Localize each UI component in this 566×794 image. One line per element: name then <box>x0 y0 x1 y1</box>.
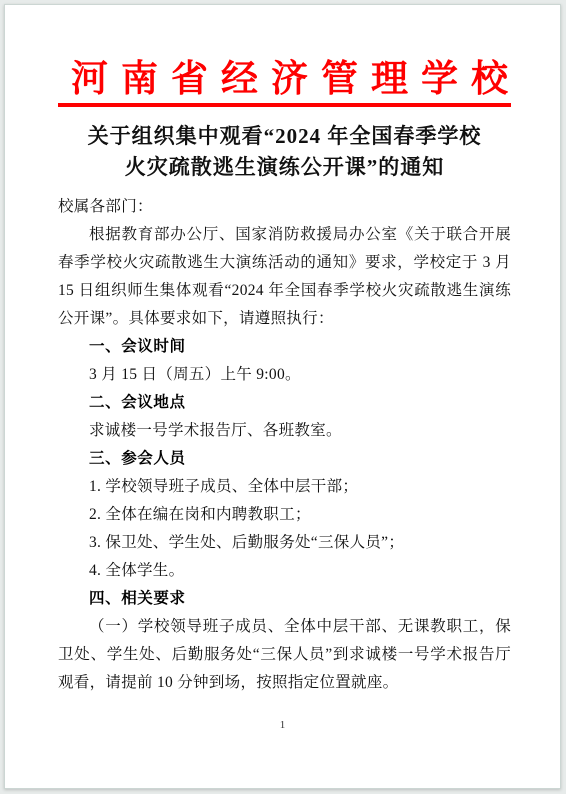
section-4-item-1: （一）学校领导班子成员、全体中层干部、无课教职工，保卫处、学生处、后勤服务处“三… <box>58 613 511 697</box>
section-3-item-2: 2. 全体在编在岗和内聘教职工； <box>58 501 511 529</box>
section-3-item-1: 1. 学校领导班子成员、全体中层干部； <box>58 473 511 501</box>
section-3-item-3: 3. 保卫处、学生处、后勤服务处“三保人员”； <box>58 529 511 557</box>
document-viewer-canvas: 河南省经济管理学校 关于组织集中观看“2024 年全国春季学校 火灾疏散逃生演练… <box>0 0 566 794</box>
salutation: 校属各部门： <box>58 193 511 221</box>
section-2-item-1: 求诚楼一号学术报告厅、各班教室。 <box>58 417 511 445</box>
page-content: 河南省经济管理学校 关于组织集中观看“2024 年全国春季学校 火灾疏散逃生演练… <box>58 5 511 788</box>
header-double-rule <box>58 103 511 107</box>
section-3-heading: 三、参会人员 <box>58 445 511 473</box>
section-3-item-4: 4. 全体学生。 <box>58 557 511 585</box>
document-title: 关于组织集中观看“2024 年全国春季学校 火灾疏散逃生演练公开课”的通知 <box>58 121 511 183</box>
document-body: 校属各部门： 根据教育部办公厅、国家消防救援局办公室《关于联合开展春季学校火灾疏… <box>58 193 511 697</box>
section-1-item-1: 3 月 15 日（周五）上午 9:00。 <box>58 361 511 389</box>
document-title-line1: 关于组织集中观看“2024 年全国春季学校 <box>58 121 511 152</box>
page-number: 1 <box>5 718 560 732</box>
section-4-heading: 四、相关要求 <box>58 585 511 613</box>
intro-paragraph: 根据教育部办公厅、国家消防救援局办公室《关于联合开展春季学校火灾疏散逃生大演练活… <box>58 221 511 333</box>
section-1-heading: 一、会议时间 <box>58 333 511 361</box>
section-2-heading: 二、会议地点 <box>58 389 511 417</box>
document-page: 河南省经济管理学校 关于组织集中观看“2024 年全国春季学校 火灾疏散逃生演练… <box>4 4 561 789</box>
school-name-header: 河南省经济管理学校 <box>58 57 511 101</box>
document-title-line2: 火灾疏散逃生演练公开课”的通知 <box>58 152 511 183</box>
